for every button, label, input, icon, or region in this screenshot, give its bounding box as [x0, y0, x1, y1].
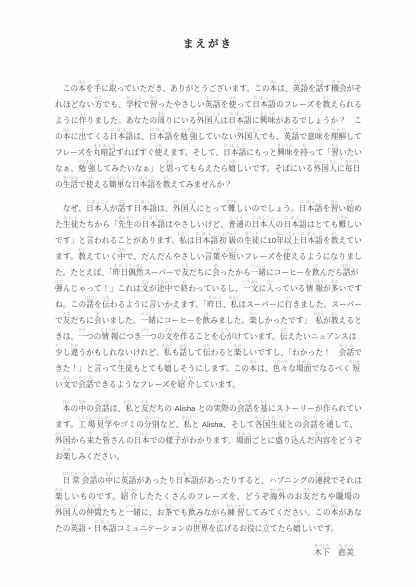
author-signature: 木下きのした 直美なおみ — [55, 544, 362, 561]
paragraph-2: なぜ、日本人にほんじんが話はなす日本語にほんごは、外国人がいこくじんにとって難む… — [55, 200, 362, 393]
page-title: まえがき — [0, 0, 416, 50]
preface-content: この本ほんを手てに取とっていただき、ありがとうございます。この本ほんは、英語えい… — [55, 80, 362, 561]
paragraph-1: この本ほんを手てに取とっていただき、ありがとうございます。この本ほんは、英語えい… — [55, 80, 362, 193]
paragraph-3: 本ほんの中なかの会話かいわは、私わたしと友ともだちの Alisha との実際じっ… — [55, 400, 362, 465]
paragraph-4: 日常にちじょう会話かいわの中なかに英語えいごがあったり日本語にほんごがあったりす… — [55, 472, 362, 537]
book-preface-page: まえがき この本ほんを手てに取とっていただき、ありがとうございます。この本ほんは… — [0, 0, 416, 587]
